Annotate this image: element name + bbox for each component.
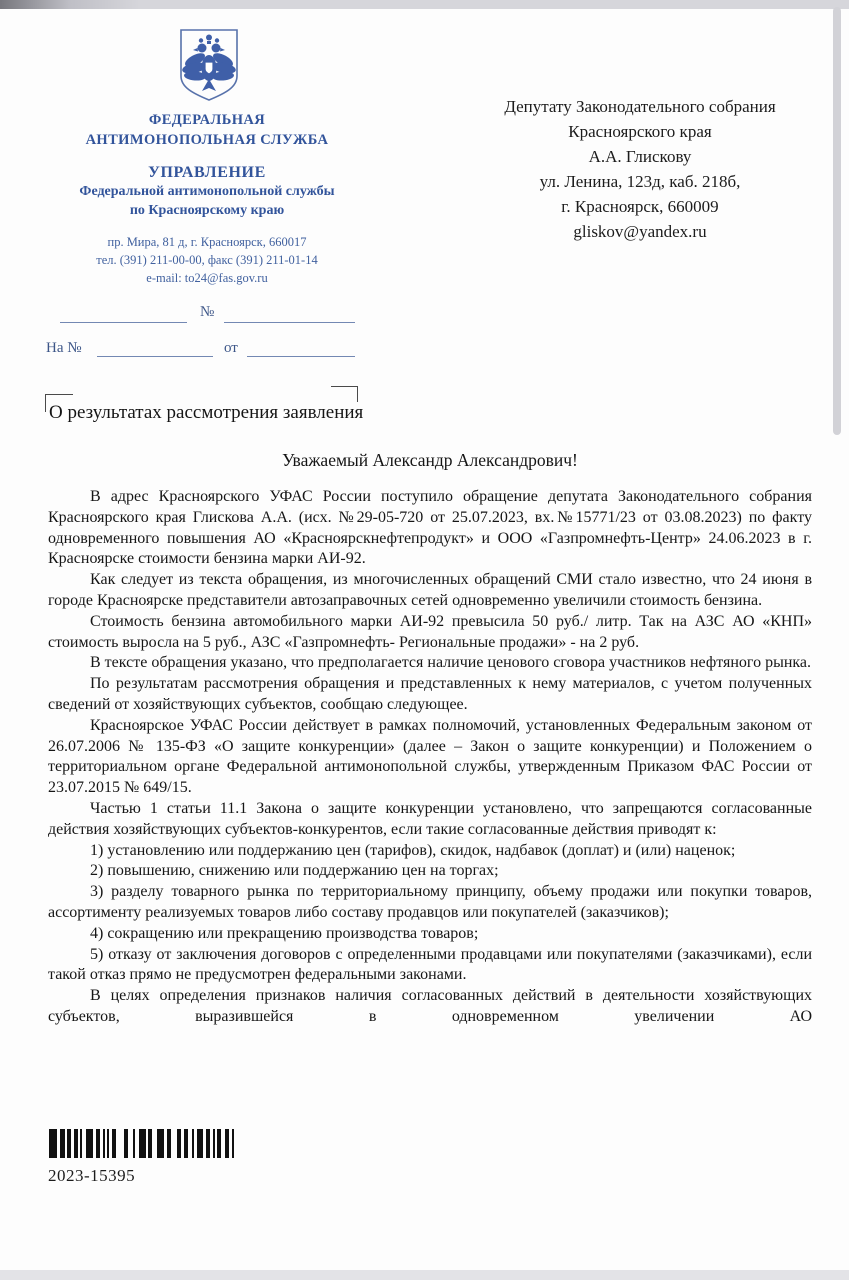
barcode-bar <box>148 1129 152 1158</box>
barcode-bar <box>133 1129 135 1158</box>
text-line: А.А. Глискову <box>468 144 812 169</box>
body-paragraph: 2) повышению, снижению или поддержанию ц… <box>48 861 812 882</box>
body-paragraph: В целях определения признаков наличия со… <box>48 986 812 1028</box>
barcode-bar <box>206 1129 210 1158</box>
text-line: г. Красноярск, 660009 <box>468 194 812 219</box>
scrollbar-thumb[interactable] <box>833 7 841 435</box>
org-name-line1: ФЕДЕРАЛЬНАЯ <box>37 110 377 130</box>
barcode-bar <box>232 1129 234 1158</box>
body-paragraph: 5) отказу от заключения договоров с опре… <box>48 945 812 987</box>
text-line: gliskov@yandex.ru <box>468 219 812 244</box>
body-paragraph: По результатам рассмотрения обращения и … <box>48 674 812 716</box>
letterhead: ФЕДЕРАЛЬНАЯ АНТИМОНОПОЛЬНАЯ СЛУЖБА УПРАВ… <box>37 110 377 287</box>
barcode <box>49 1129 234 1158</box>
document-viewer: ФЕДЕРАЛЬНАЯ АНТИМОНОПОЛЬНАЯ СЛУЖБА УПРАВ… <box>0 0 849 1280</box>
body-paragraph: 1) установлению или поддержанию цен (тар… <box>48 841 812 862</box>
text-line: тел. (391) 211-00-00, факс (391) 211-01-… <box>37 251 377 269</box>
reply-date-label: от <box>224 340 238 357</box>
subject-corner-mark-right <box>331 386 358 402</box>
salutation: Уважаемый Александр Александрович! <box>48 450 812 471</box>
barcode-bar <box>217 1129 221 1158</box>
text-line: e-mail: to24@fas.gov.ru <box>37 269 377 287</box>
barcode-bar <box>107 1129 109 1158</box>
barcode-bar <box>177 1129 181 1158</box>
russia-coat-of-arms-icon <box>176 27 242 103</box>
barcode-bar <box>124 1129 128 1158</box>
body-paragraph: Стоимость бензина автомобильного марки А… <box>48 612 812 654</box>
barcode-bar <box>167 1129 171 1158</box>
letterhead-contacts: пр. Мира, 81 д, г. Красноярск, 660017тел… <box>37 233 377 287</box>
text-line: Депутату Законодательного собрания <box>468 94 812 119</box>
barcode-bar <box>60 1129 65 1158</box>
barcode-value: 2023-15395 <box>48 1166 135 1186</box>
org-name-line2: АНТИМОНОПОЛЬНАЯ СЛУЖБА <box>37 130 377 150</box>
barcode-bar <box>67 1129 71 1158</box>
barcode-bar <box>225 1129 229 1158</box>
division-line1: Федеральной антимонопольной службы <box>37 182 377 201</box>
barcode-bar <box>184 1129 188 1158</box>
text-line: Красноярского края <box>468 119 812 144</box>
outgoing-number-line <box>224 322 355 323</box>
subject-line: О результатах рассмотрения заявления <box>49 402 363 424</box>
body-paragraph: В тексте обращения указано, что предпола… <box>48 653 812 674</box>
scan-edge-top <box>0 0 849 9</box>
barcode-bar <box>213 1129 215 1158</box>
barcode-bar <box>157 1129 164 1158</box>
barcode-bar <box>112 1129 116 1158</box>
outgoing-date-line <box>60 322 187 323</box>
barcode-bar <box>49 1129 57 1158</box>
body-paragraph: Как следует из текста обращения, из мног… <box>48 570 812 612</box>
body-paragraph: В адрес Красноярского УФАС России поступ… <box>48 487 812 570</box>
body-paragraph: 3) разделу товарного рынка по территориа… <box>48 882 812 924</box>
text-line: ул. Ленина, 123д, каб. 218б, <box>468 169 812 194</box>
barcode-bar <box>74 1129 78 1158</box>
barcode-bar <box>96 1129 100 1158</box>
body-paragraph: 4) сокращению или прекращению производст… <box>48 924 812 945</box>
division-line2: по Красноярскому краю <box>37 201 377 220</box>
body-paragraph: Частью 1 статьи 11.1 Закона о защите кон… <box>48 799 812 841</box>
letter-body: В адрес Красноярского УФАС России поступ… <box>48 487 812 1028</box>
barcode-bar <box>192 1129 194 1158</box>
barcode-bar <box>197 1129 203 1158</box>
scan-edge-bottom <box>0 1270 849 1280</box>
text-line: пр. Мира, 81 д, г. Красноярск, 660017 <box>37 233 377 251</box>
recipient-block: Депутату Законодательного собранияКрасно… <box>468 94 812 244</box>
body-paragraph: Красноярское УФАС России действует в рам… <box>48 716 812 799</box>
reply-number-label: На № <box>46 340 82 357</box>
division-title: УПРАВЛЕНИЕ <box>37 164 377 182</box>
barcode-bar <box>139 1129 146 1158</box>
reply-number-line <box>97 356 213 357</box>
reply-date-line <box>247 356 355 357</box>
barcode-bar <box>86 1129 93 1158</box>
barcode-bar <box>80 1129 82 1158</box>
outgoing-number-label: № <box>200 304 214 321</box>
barcode-bar <box>103 1129 105 1158</box>
